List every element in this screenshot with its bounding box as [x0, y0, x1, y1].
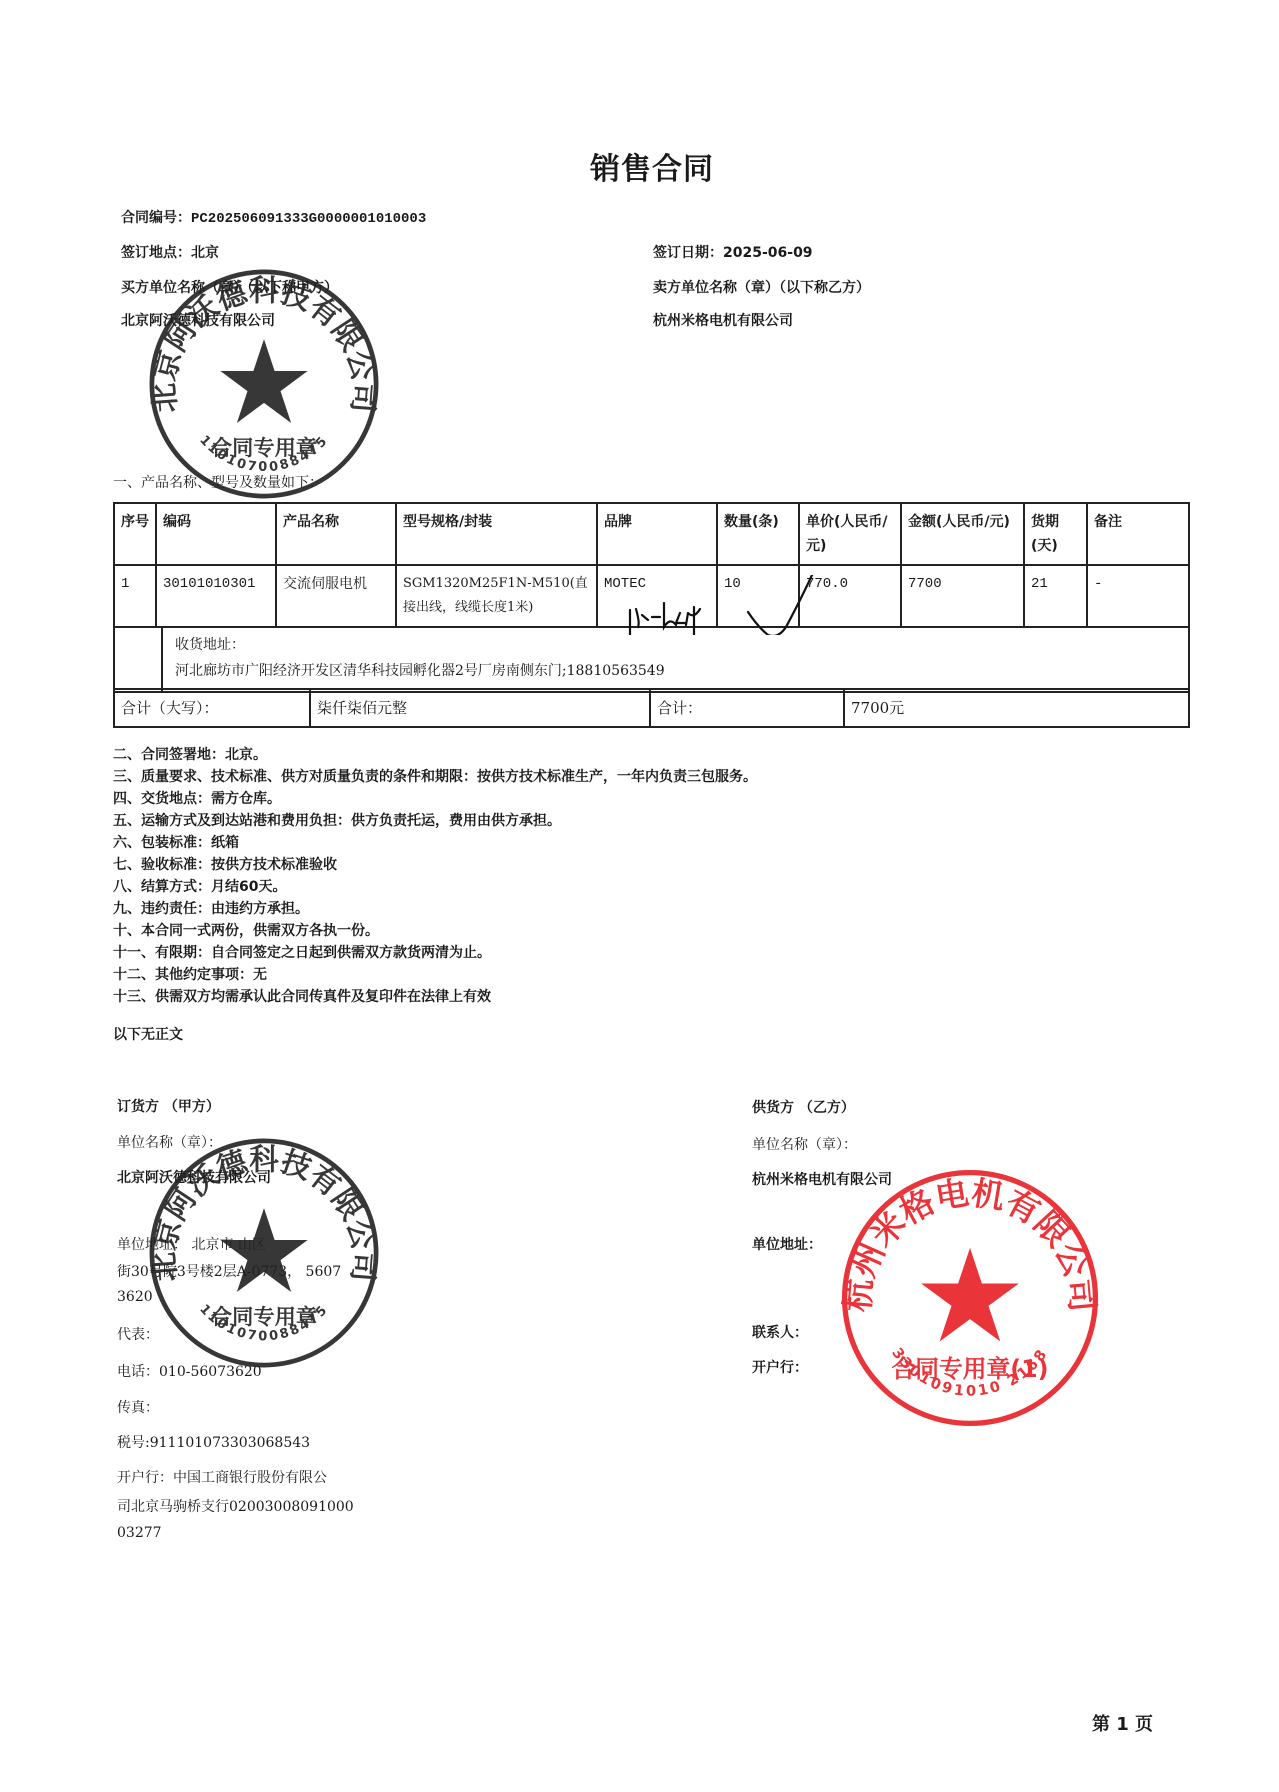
delivery-address: 河北廊坊市广阳经济开发区清华科技园孵化器2号厂房南侧东门;18810563549 [175, 658, 665, 684]
seller-label: 卖方单位名称（章）（以下称乙方） [653, 279, 870, 297]
contract-number-label: 合同编号： [121, 210, 191, 226]
party-a-tax-id: 税号:911101073303068543 [117, 1434, 310, 1452]
col-header-remark: 备注 [1087, 503, 1189, 565]
svg-text:合同专用章: 合同专用章 [211, 435, 317, 461]
party-a-heading: 订货方 （甲方） [117, 1098, 220, 1116]
col-header-name: 产品名称 [276, 503, 396, 565]
term-item: 六、包装标准：纸箱 [113, 832, 757, 854]
term-item: 四、交货地点：需方仓库。 [113, 788, 757, 810]
terms-list: 二、合同签署地：北京。 三、质量要求、技术标准、供方对质量负责的条件和期限：按供… [113, 744, 757, 1008]
cell-name: 交流伺服电机 [276, 565, 396, 627]
term-item: 十二、其他约定事项：无 [113, 964, 757, 986]
seller-stamp: 杭州米格电机有限公司 3301091010 2168 合同专用章(1) [838, 1166, 1102, 1430]
total-upper-value: 柒仟柒佰元整 [310, 689, 650, 727]
buyer-stamp-bottom: 北京阿沃德科技有限公司 1101070088475 合同专用章 [146, 1135, 382, 1371]
term-item: 九、违约责任：由违约方承担。 [113, 898, 757, 920]
seller-name: 杭州米格电机有限公司 [653, 312, 793, 330]
sign-place: 签订地点：北京 [121, 244, 219, 262]
col-header-no: 序号 [114, 503, 156, 565]
sign-date: 签订日期：2025-06-09 [653, 244, 813, 262]
col-header-amount: 金额(人民币/元) [901, 503, 1024, 565]
contract-number-value: PC202506091333G0000001010003 [191, 211, 426, 227]
term-item: 八、结算方式：月结60天。 [113, 876, 757, 898]
term-item: 十一、有限期：自合同签定之日起到供需双方款货两清为止。 [113, 942, 757, 964]
svg-text:合同专用章(1): 合同专用章(1) [892, 1355, 1049, 1383]
total-label: 合计： [650, 689, 844, 727]
cell-spec: SGM1320M25F1N-M510(直接出线，线缆长度1米) [396, 565, 597, 627]
cell-remark: - [1087, 565, 1189, 627]
party-b-heading: 供货方 （乙方） [752, 1099, 855, 1117]
document-title: 销售合同 [0, 152, 1279, 188]
cell-code: 30101010301 [156, 565, 276, 627]
col-header-spec: 型号规格/封装 [396, 503, 597, 565]
total-upper-label: 合计（大写）： [114, 689, 310, 727]
table-header-row: 序号 编码 产品名称 型号规格/封装 品牌 数量(条) 单价(人民币/元) 金额… [114, 503, 1189, 565]
cell-no: 1 [114, 565, 156, 627]
col-header-unit-price: 单价(人民币/元) [799, 503, 901, 565]
party-a-bank-line3: 03277 [117, 1524, 162, 1542]
svg-text:合同专用章: 合同专用章 [211, 1304, 317, 1330]
cell-amount: 7700 [901, 565, 1024, 627]
party-b-address: 单位地址： [752, 1236, 822, 1254]
party-a-bank-line1: 开户行：中国工商银行股份有限公 [117, 1469, 327, 1487]
page-number: 第 1 页 [1092, 1710, 1153, 1736]
col-header-lead-time: 货期(天) [1024, 503, 1087, 565]
term-item: 十三、供需双方均需承认此合同传真件及复印件在法律上有效 [113, 986, 757, 1008]
total-table: 合计（大写）： 柒仟柒佰元整 合计： 7700元 [113, 688, 1190, 728]
party-b-bank: 开户行： [752, 1359, 808, 1377]
end-note: 以下无正文 [113, 1026, 183, 1044]
total-row: 合计（大写）： 柒仟柒佰元整 合计： 7700元 [114, 689, 1189, 727]
party-b-contact: 联系人： [752, 1324, 808, 1342]
term-item: 十、本合同一式两份，供需双方各执一份。 [113, 920, 757, 942]
term-item: 三、质量要求、技术标准、供方对质量负责的条件和期限：按供方技术标准生产，一年内负… [113, 766, 757, 788]
contract-number: 合同编号：PC202506091333G0000001010003 [121, 209, 426, 228]
term-item: 二、合同签署地：北京。 [113, 744, 757, 766]
total-value: 7700元 [844, 689, 1189, 727]
cell-lead-time: 21 [1024, 565, 1087, 627]
delivery-address-label: 收货地址： [175, 632, 665, 658]
col-header-qty: 数量(条) [717, 503, 799, 565]
buyer-stamp-top: 北京阿沃德科技有限公司 1101070088475 合同专用章 [146, 266, 382, 502]
term-item: 五、运输方式及到达站港和费用负担：供方负责托运，费用由供方承担。 [113, 810, 757, 832]
party-a-fax: 传真： [117, 1399, 159, 1417]
party-b-name-label: 单位名称（章）： [752, 1136, 857, 1154]
term-item: 七、验收标准：按供方技术标准验收 [113, 854, 757, 876]
party-a-bank-line2: 司北京马驹桥支行02003008091000 [117, 1498, 354, 1516]
address-row: 收货地址： 河北廊坊市广阳经济开发区清华科技园孵化器2号厂房南侧东门;18810… [114, 627, 1189, 692]
handwritten-note [590, 575, 820, 635]
col-header-brand: 品牌 [597, 503, 717, 565]
col-header-code: 编码 [156, 503, 276, 565]
